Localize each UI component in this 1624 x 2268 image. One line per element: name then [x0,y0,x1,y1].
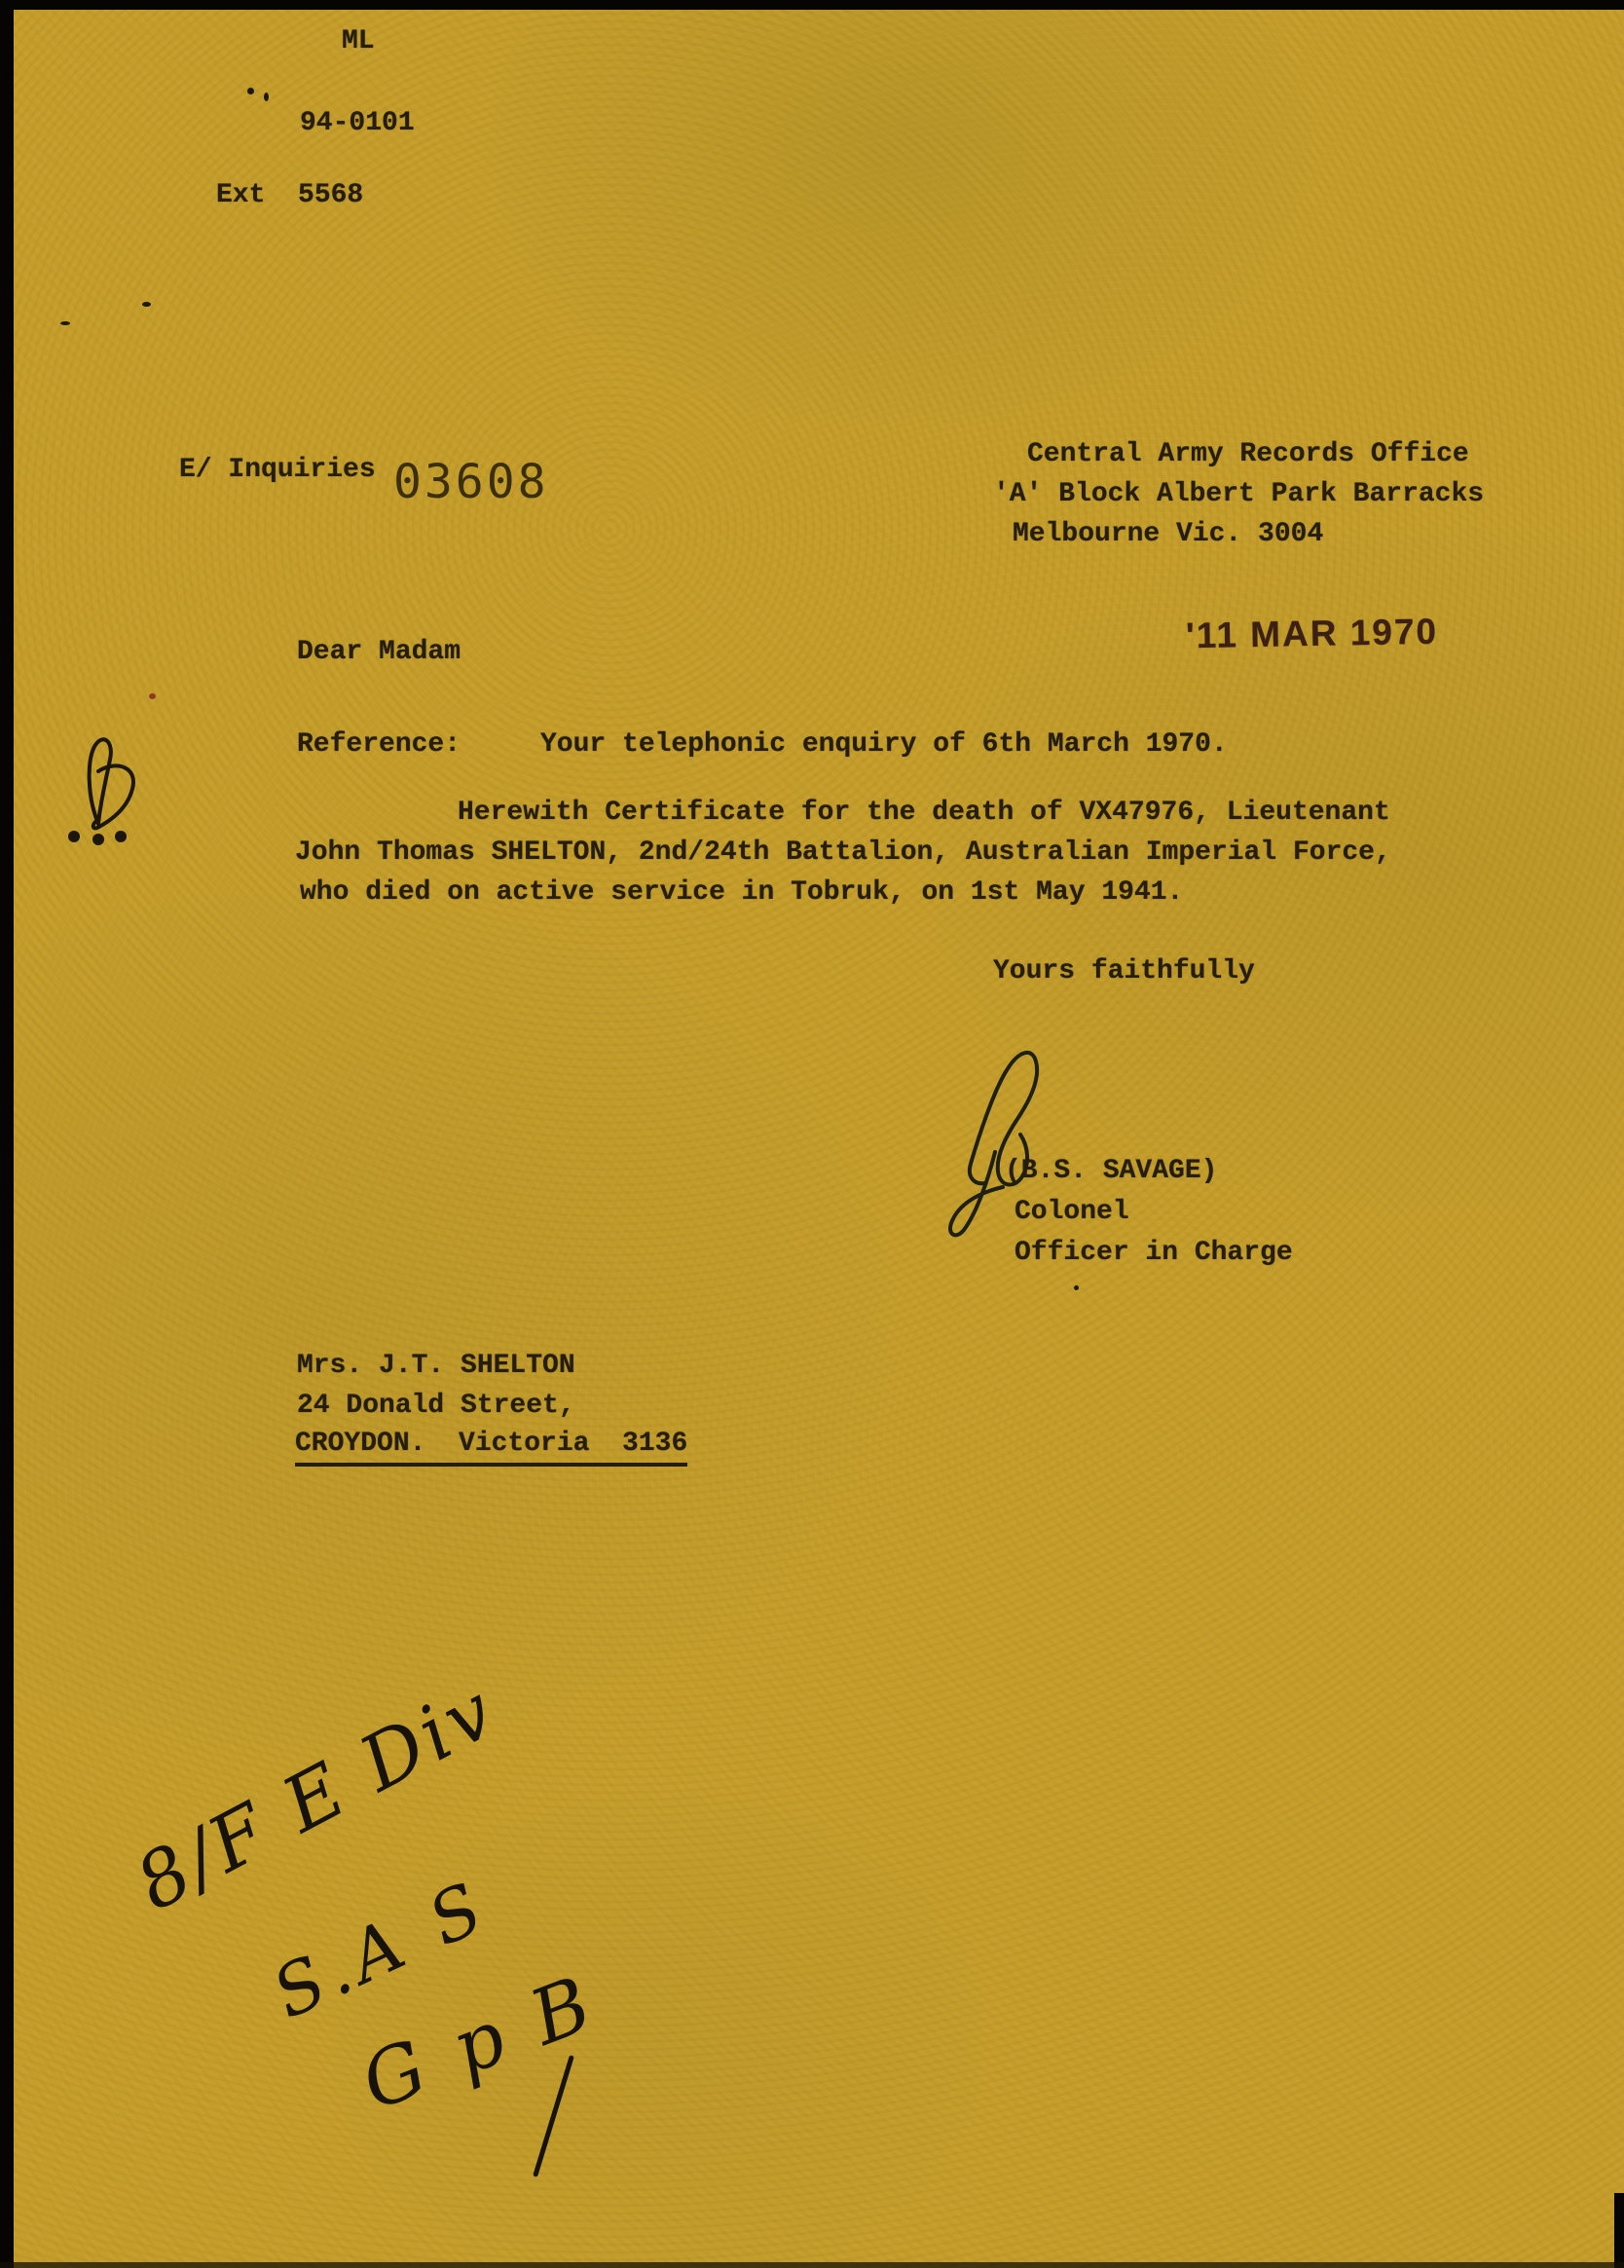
body-line1: Herewith Certificate for the death of VX… [458,799,1390,828]
paper-speck [247,88,254,94]
signatory-name: (B.S. SAVAGE) [1005,1157,1217,1186]
scan-edge-bottom [0,2262,1624,2268]
scanned-letter-page: { "page": { "paper_color": "#c59e2b", "i… [0,0,1624,2268]
body-line2: John Thomas SHELTON, 2nd/24th Battalion,… [295,838,1391,868]
header-initials: ML [342,27,375,56]
sender-address-line3: Melbourne Vic. 3004 [1013,520,1323,549]
sender-address-line2: 'A' Block Albert Park Barracks [993,480,1484,509]
reference-text: Your telephonic enquiry of 6th March 197… [540,730,1228,760]
sender-address-line1: Central Army Records Office [1027,440,1469,469]
paper-speck [1074,1285,1079,1290]
scan-edge-top [0,0,1624,10]
header-extension: Ext 5568 [216,181,363,210]
recipient-city-line: CROYDON. Victoria 3136 [295,1430,687,1467]
recipient-name: Mrs. J.T. SHELTON [297,1352,575,1381]
body-line3: who died on active service in Tobruk, on… [300,878,1183,908]
scan-edge-left [0,0,14,2268]
paper-speck [264,93,269,101]
header-file-number: 94-0101 [300,109,415,138]
inquiries-label: E/ Inquiries [179,456,376,485]
signatory-rank: Colonel [1015,1198,1129,1227]
paper-background [14,10,1624,2268]
stamped-file-number: 03608 [393,458,549,506]
date-stamp-text: 11 MAR 1970 [1196,612,1438,655]
paper-speck [142,302,151,307]
paper-speck [60,321,70,325]
scan-edge-right [1614,2193,1624,2268]
date-stamp: '11 MAR 1970 [1186,612,1439,657]
recipient-street: 24 Donald Street, [297,1392,575,1421]
signatory-title: Officer in Charge [1015,1239,1293,1268]
salutation: Dear Madam [297,638,461,667]
reference-label: Reference: [297,730,461,760]
margin-scribble-icon [60,732,150,851]
paper-speck [149,693,156,699]
closing: Yours faithfully [993,957,1255,986]
date-stamp-tick: ' [1186,615,1198,655]
